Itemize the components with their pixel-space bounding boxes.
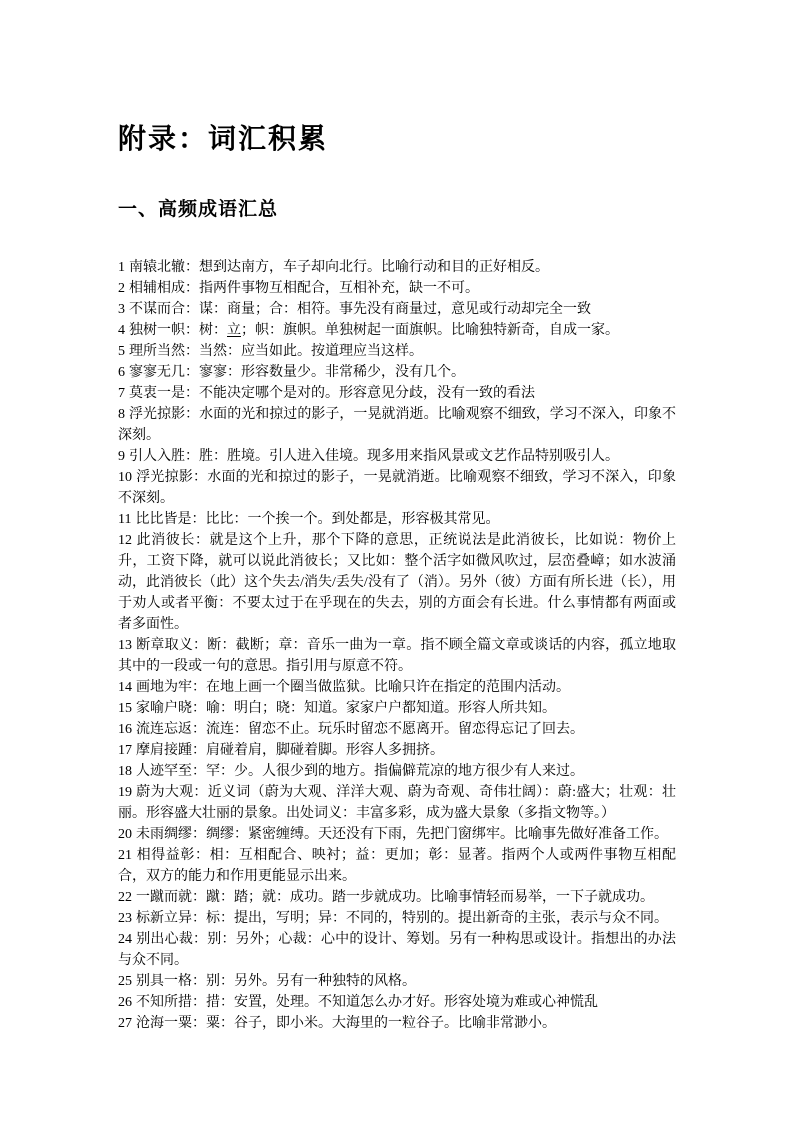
list-item: 21相得益彰：相：互相配合、映衬；益：更加；彰：显著。指两个人或两件事物互相配合… <box>118 845 676 887</box>
list-item: 24别出心裁：别：另外；心裁：心中的设计、筹划。另有一种构思或设计。指想出的办法… <box>118 929 676 971</box>
item-text: 蔚为大观：近义词（蔚为大观、洋洋大观、蔚为奇观、奇伟壮阔）：蔚:盛大；壮观：壮丽… <box>118 785 676 821</box>
item-number: 7 <box>118 386 125 401</box>
item-text: 浮光掠影：水面的光和掠过的影子，一晃就消逝。比喻观察不细致，学习不深入，印象不深… <box>118 407 676 443</box>
list-item: 19蔚为大观：近义词（蔚为大观、洋洋大观、蔚为奇观、奇伟壮阔）：蔚:盛大；壮观：… <box>118 782 676 824</box>
item-number: 26 <box>118 995 132 1010</box>
item-text: 断章取义：断：截断；章：音乐一曲为一章。指不顾全篇文章或谈话的内容，孤立地取其中… <box>118 638 676 674</box>
item-text: 家喻户晓：喻：明白；晓：知道。家家户户都知道。形容人所共知。 <box>136 701 556 716</box>
list-item: 10浮光掠影：水面的光和掠过的影子，一晃就消逝。比喻观察不细致，学习不深入，印象… <box>118 467 676 509</box>
item-number: 15 <box>118 701 132 716</box>
list-item: 7莫衷一是：不能决定哪个是对的。形容意见分歧，没有一致的看法 <box>118 383 676 404</box>
section-heading: 一、高频成语汇总 <box>118 198 676 222</box>
item-text: 南辕北辙：想到达南方，车子却向北行。比喻行动和目的正好相反。 <box>129 260 549 275</box>
item-text: 独树一帜：树：立；帜：旗帜。单独树起一面旗帜。比喻独特新奇，自成一家。 <box>129 323 619 338</box>
item-number: 14 <box>118 680 132 695</box>
item-number: 8 <box>118 407 125 422</box>
item-number: 6 <box>118 365 125 380</box>
item-number: 17 <box>118 743 132 758</box>
list-item: 23标新立异：标：提出，写明；异：不同的，特别的。提出新奇的主张，表示与众不同。 <box>118 908 676 929</box>
list-item: 15家喻户晓：喻：明白；晓：知道。家家户户都知道。形容人所共知。 <box>118 698 676 719</box>
list-item: 27沧海一粟：粟：谷子，即小米。大海里的一粒谷子。比喻非常渺小。 <box>118 1013 676 1034</box>
item-number: 19 <box>118 785 132 800</box>
item-number: 22 <box>118 890 132 905</box>
item-text: 别出心裁：别：另外；心裁：心中的设计、筹划。另有一种构思或设计。指想出的办法与众… <box>118 932 676 968</box>
item-text: 浮光掠影：水面的光和掠过的影子，一晃就消逝。比喻观察不细致，学习不深入，印象不深… <box>118 470 676 506</box>
item-text: 流连忘返：流连：留恋不止。玩乐时留恋不愿离开。留恋得忘记了回去。 <box>136 722 584 737</box>
item-number: 10 <box>118 470 132 485</box>
list-item: 12此消彼长：就是这个上升，那个下降的意思，正统说法是此消彼长，比如说：物价上升… <box>118 530 676 635</box>
list-item: 6寥寥无几：寥寥：形容数量少。非常稀少，没有几个。 <box>118 362 676 383</box>
list-item: 16流连忘返：流连：留恋不止。玩乐时留恋不愿离开。留恋得忘记了回去。 <box>118 719 676 740</box>
item-text: 标新立异：标：提出，写明；异：不同的，特别的。提出新奇的主张，表示与众不同。 <box>136 911 668 926</box>
item-text: 此消彼长：就是这个上升，那个下降的意思，正统说法是此消彼长，比如说：物价上升，工… <box>118 533 676 632</box>
item-text: 理所当然：当然：应当如此。按道理应当这样。 <box>129 344 423 359</box>
item-number: 18 <box>118 764 132 779</box>
list-item: 26不知所措：措：安置，处理。不知道怎么办才好。形容处境为难或心神慌乱 <box>118 992 676 1013</box>
item-number: 24 <box>118 932 132 947</box>
list-item: 13断章取义：断：截断；章：音乐一曲为一章。指不顾全篇文章或谈话的内容，孤立地取… <box>118 635 676 677</box>
document-page: 附录：词汇积累 一、高频成语汇总 1南辕北辙：想到达南方，车子却向北行。比喻行动… <box>0 0 794 1123</box>
list-item: 8浮光掠影：水面的光和掠过的影子，一晃就消逝。比喻观察不细致，学习不深入，印象不… <box>118 404 676 446</box>
item-number: 25 <box>118 974 132 989</box>
idiom-list: 1南辕北辙：想到达南方，车子却向北行。比喻行动和目的正好相反。 2相辅相成：指两… <box>118 257 676 1034</box>
item-number: 11 <box>118 512 131 527</box>
item-number: 9 <box>118 449 125 464</box>
list-item: 20未雨绸缪：绸缪：紧密缠缚。天还没有下雨，先把门窗绑牢。比喻事先做好准备工作。 <box>118 824 676 845</box>
item-number: 21 <box>118 848 132 863</box>
item-number: 4 <box>118 323 125 338</box>
list-item: 4独树一帜：树：立；帜：旗帜。单独树起一面旗帜。比喻独特新奇，自成一家。 <box>118 320 676 341</box>
item-number: 3 <box>118 302 125 317</box>
item-text: 画地为牢：在地上画一个圈当做监狱。比喻只许在指定的范围内活动。 <box>136 680 570 695</box>
item-number: 20 <box>118 827 132 842</box>
item-text: 摩肩接踵：肩碰着肩，脚碰着脚。形容人多拥挤。 <box>136 743 444 758</box>
list-item: 18人迹罕至：罕：少。人很少到的地方。指偏僻荒凉的地方很少有人来过。 <box>118 761 676 782</box>
item-number: 2 <box>118 281 125 296</box>
item-number: 1 <box>118 260 125 275</box>
item-text: 人迹罕至：罕：少。人很少到的地方。指偏僻荒凉的地方很少有人来过。 <box>136 764 584 779</box>
item-number: 13 <box>118 638 132 653</box>
item-text: 不谋而合：谋：商量；合：相符。事先没有商量过，意见或行动却完全一致 <box>129 302 591 317</box>
item-text: 别具一格：别：另外。另有一种独特的风格。 <box>136 974 416 989</box>
item-text: 相得益彰：相：互相配合、映衬；益：更加；彰：显著。指两个人或两件事物互相配合，双… <box>118 848 676 884</box>
item-number: 27 <box>118 1016 132 1031</box>
list-item: 1南辕北辙：想到达南方，车子却向北行。比喻行动和目的正好相反。 <box>118 257 676 278</box>
list-item: 11比比皆是：比比：一个挨一个。到处都是，形容极其常见。 <box>118 509 676 530</box>
item-text: 比比皆是：比比：一个挨一个。到处都是，形容极其常见。 <box>135 512 499 527</box>
list-item: 17摩肩接踵：肩碰着肩，脚碰着脚。形容人多拥挤。 <box>118 740 676 761</box>
item-text: 相辅相成：指两件事物互相配合，互相补充，缺一不可。 <box>129 281 479 296</box>
list-item: 22一蹴而就：蹴：踏；就：成功。踏一步就成功。比喻事情轻而易举，一下子就成功。 <box>118 887 676 908</box>
item-number: 16 <box>118 722 132 737</box>
item-text: 莫衷一是：不能决定哪个是对的。形容意见分歧，没有一致的看法 <box>129 386 535 401</box>
list-item: 3不谋而合：谋：商量；合：相符。事先没有商量过，意见或行动却完全一致 <box>118 299 676 320</box>
item-text: 引人入胜：胜：胜境。引人进入佳境。现多用来指风景或文艺作品特别吸引人。 <box>129 449 619 464</box>
list-item: 25别具一格：别：另外。另有一种独特的风格。 <box>118 971 676 992</box>
item-number: 23 <box>118 911 132 926</box>
item-text: 沧海一粟：粟：谷子，即小米。大海里的一粒谷子。比喻非常渺小。 <box>136 1016 556 1031</box>
item-number: 12 <box>118 533 132 548</box>
item-text: 未雨绸缪：绸缪：紧密缠缚。天还没有下雨，先把门窗绑牢。比喻事先做好准备工作。 <box>136 827 668 842</box>
list-item: 2相辅相成：指两件事物互相配合，互相补充，缺一不可。 <box>118 278 676 299</box>
list-item: 5理所当然：当然：应当如此。按道理应当这样。 <box>118 341 676 362</box>
item-text: 不知所措：措：安置，处理。不知道怎么办才好。形容处境为难或心神慌乱 <box>136 995 598 1010</box>
list-item: 14画地为牢：在地上画一个圈当做监狱。比喻只许在指定的范围内活动。 <box>118 677 676 698</box>
page-title: 附录：词汇积累 <box>118 122 676 158</box>
item-number: 5 <box>118 344 125 359</box>
item-text: 寥寥无几：寥寥：形容数量少。非常稀少，没有几个。 <box>129 365 465 380</box>
list-item: 9引人入胜：胜：胜境。引人进入佳境。现多用来指风景或文艺作品特别吸引人。 <box>118 446 676 467</box>
item-text: 一蹴而就：蹴：踏；就：成功。踏一步就成功。比喻事情轻而易举，一下子就成功。 <box>136 890 654 905</box>
